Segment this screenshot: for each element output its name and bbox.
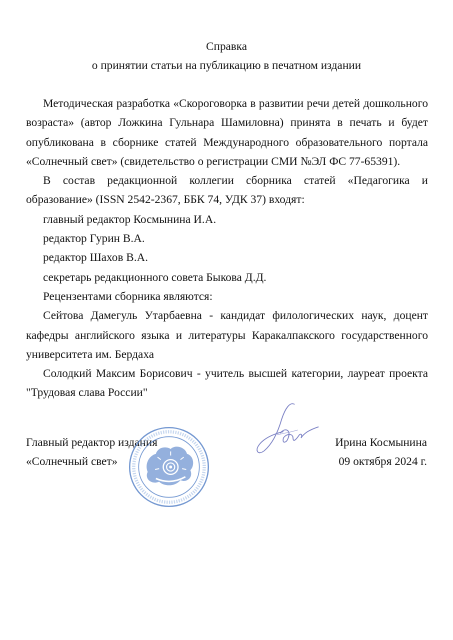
signatory-name: Ирина Космынина [335,433,427,452]
document-subtitle: о принятии статьи на публикацию в печатн… [0,58,453,74]
reviewer-solodkiy: Солодкий Максим Борисович - учитель высш… [26,364,428,403]
reviewer-seitova: Сейтова Дамегуль Утарбаевна - кандидат ф… [26,306,428,364]
board-member-secretary: секретарь редакционного совета Быкова Д.… [26,268,428,287]
signature-date: 09 октября 2024 г. [335,452,427,471]
document-title: Справка [0,39,453,55]
board-member-editor-gurin: редактор Гурин В.А. [26,229,428,248]
paragraph-reviewers-heading: Рецензентами сборника являются: [26,287,428,306]
paragraph-publication-notice: Методическая разработка «Скороговорка в … [26,94,428,171]
board-member-chief-editor: главный редактор Космынина И.А. [26,210,428,229]
official-stamp-icon [128,426,210,508]
document-page: Справка о принятии статьи на публикацию … [0,0,453,640]
board-member-editor-shakhov: редактор Шахов В.А. [26,248,428,267]
document-body: Методическая разработка «Скороговорка в … [26,94,428,403]
paragraph-editorial-board: В состав редакционной коллегии сборника … [26,171,428,210]
signature-icon [245,398,325,458]
footer-signatory: Ирина Космынина 09 октября 2024 г. [335,433,427,472]
